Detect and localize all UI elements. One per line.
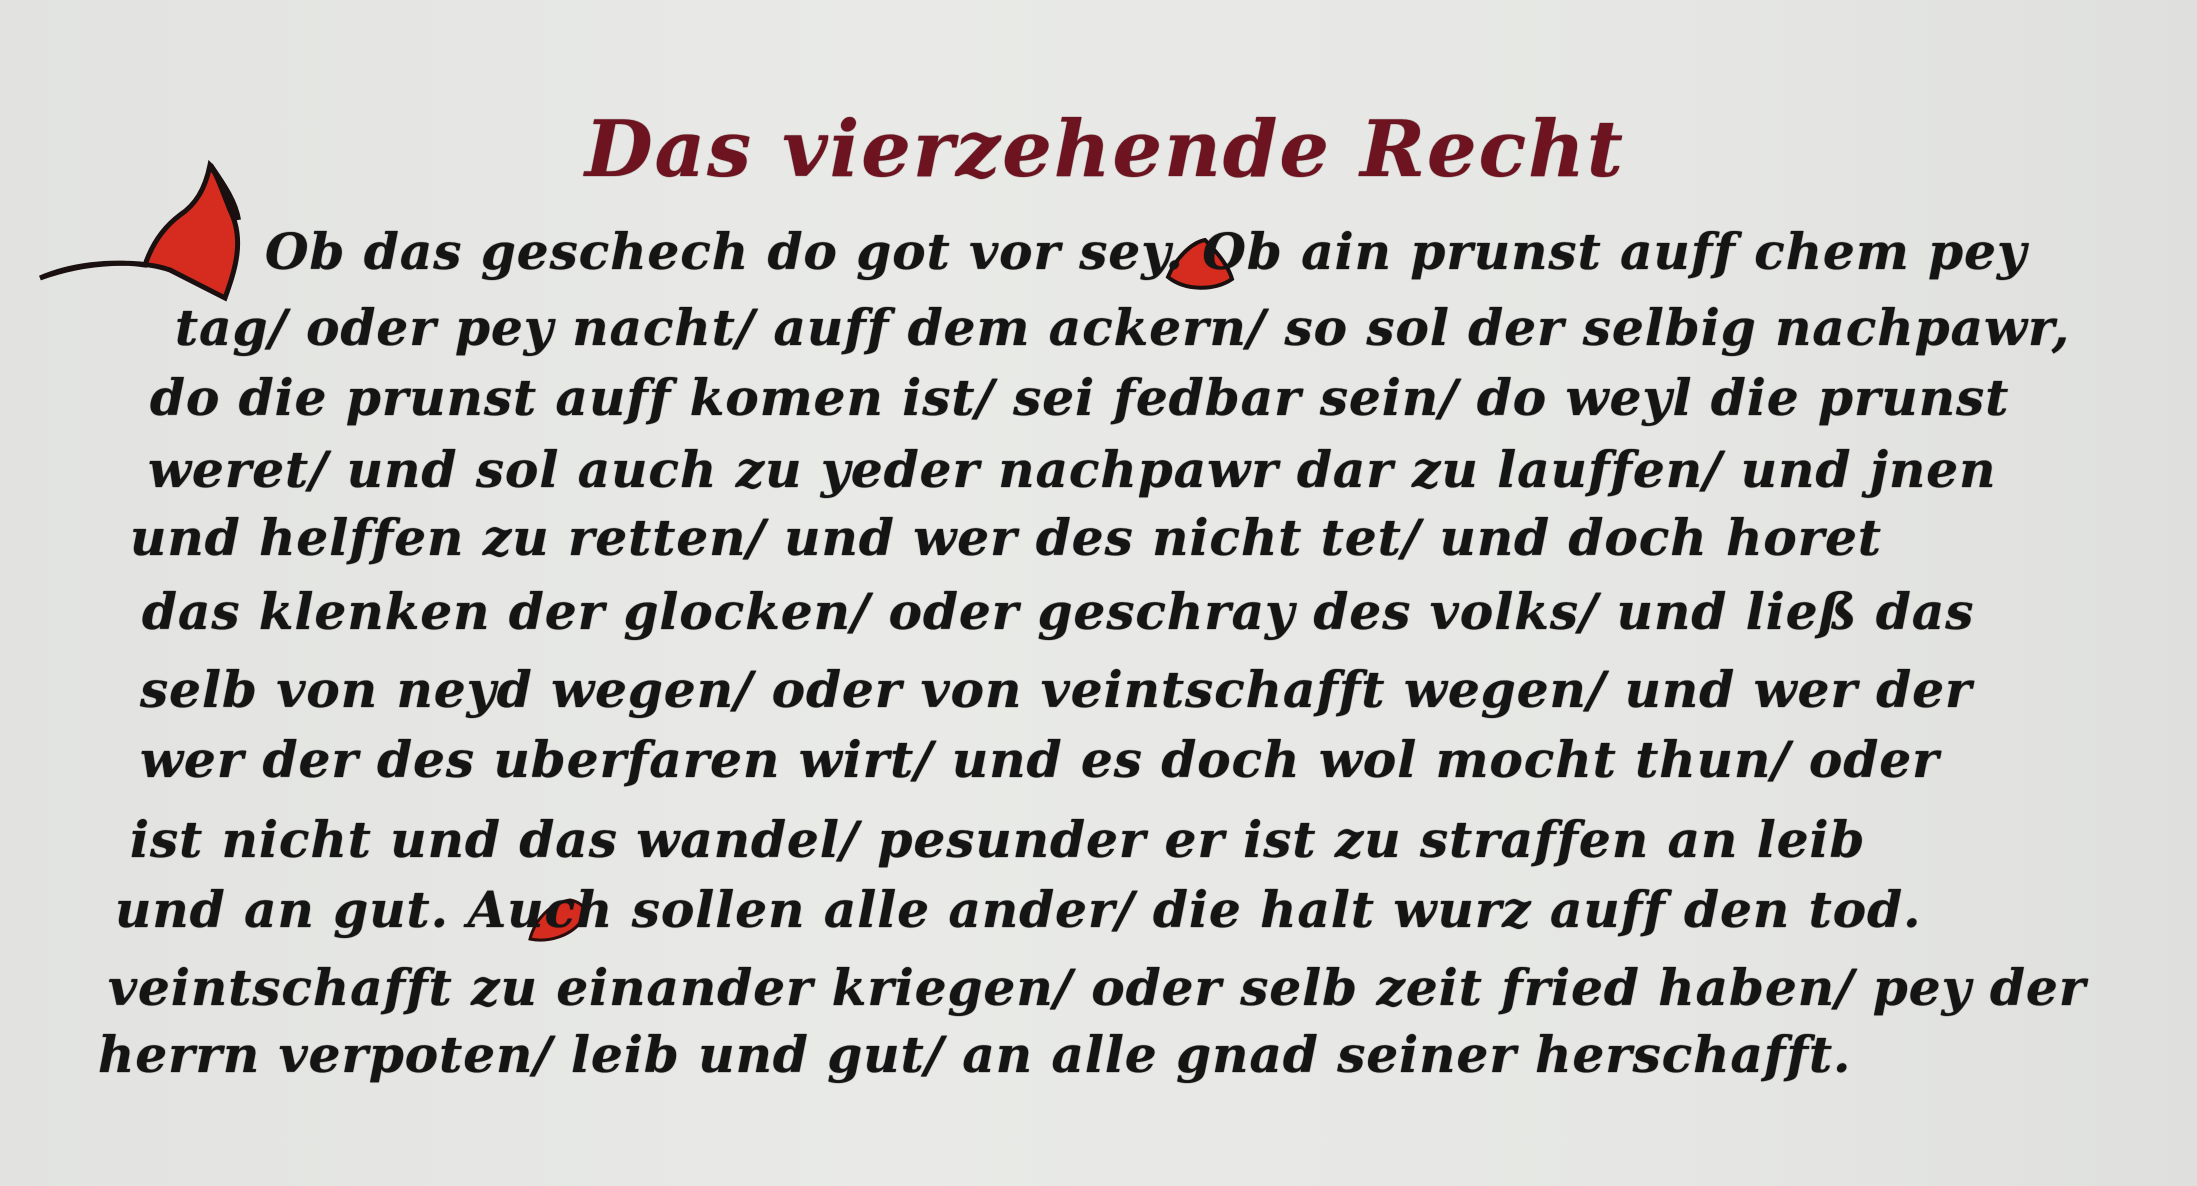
text-line: herrn verpoten/ leib und gut/ an alle gn… [98, 1025, 1851, 1085]
text-line: das klenken der glocken/ oder geschray d… [142, 582, 1974, 642]
manuscript-page: Das vierzehende Recht Ob das geschech do… [0, 0, 2197, 1186]
text-line: do die prunst auff komen ist/ sei fedbar… [150, 368, 2009, 428]
text-line: weret/ und sol auch zu yeder nachpawr da… [148, 440, 1996, 500]
text-line: und an gut. Auch sollen alle ander/ die … [115, 880, 1921, 940]
text-line: und helffen zu retten/ und wer des nicht… [130, 508, 1882, 568]
text-line: ist nicht und das wandel/ pesunder er is… [130, 810, 1866, 870]
text-line: tag/ oder pey nacht/ auff dem ackern/ so… [175, 298, 2070, 358]
text-line: selb von neyd wegen/ oder von veintschaf… [140, 660, 1972, 720]
text-line: Ob das geschech do got vor sey. Ob ain p… [265, 222, 2027, 282]
text-line: veintschafft zu einander kriegen/ oder s… [108, 958, 2086, 1018]
manuscript-text: Ob das geschech do got vor sey. Ob ain p… [0, 0, 2197, 1186]
text-line: wer der des uberfaren wirt/ und es doch … [140, 730, 1939, 790]
